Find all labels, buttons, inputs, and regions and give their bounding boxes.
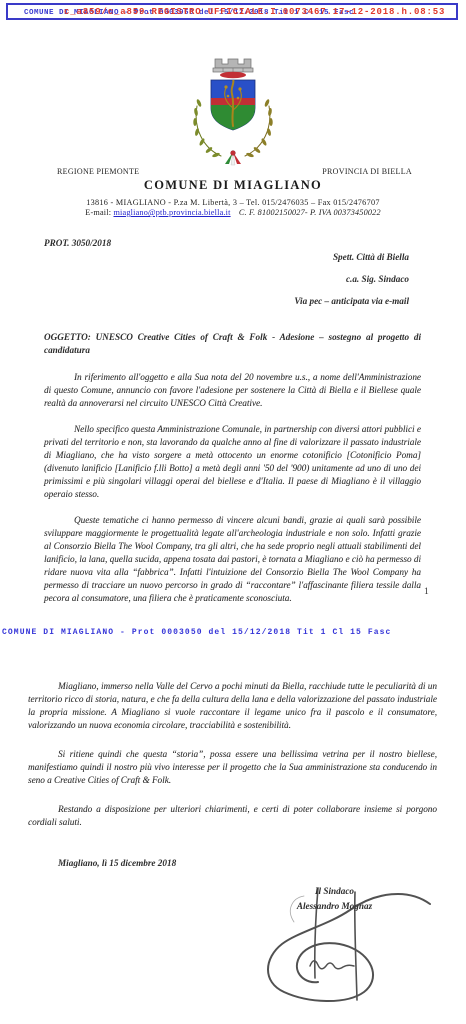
paragraph: Miagliano, immerso nella Valle del Cervo… bbox=[28, 680, 437, 732]
email-line: E-mail: miagliano@ptb.provincia.biella.i… bbox=[0, 208, 466, 217]
recipient-line: c.a. Sig. Sindaco bbox=[294, 274, 409, 296]
signature-block: Il Sindaco Alessandro Mognaz bbox=[252, 884, 417, 914]
paragraph: In riferimento all'oggetto e alla Sua no… bbox=[44, 371, 421, 410]
recipient-line: Via pec – anticipata via e-mail bbox=[294, 296, 409, 318]
mural-crown-icon bbox=[213, 59, 253, 78]
subject-line: OGGETTO: UNESCO Creative Cities of Craft… bbox=[44, 331, 421, 357]
paragraph: Nello specifico questa Amministrazione C… bbox=[44, 423, 421, 501]
recipient-block: Spett. Città di Biella c.a. Sig. Sindaco… bbox=[294, 252, 409, 318]
tricolor-ribbon bbox=[225, 151, 241, 165]
paragraph: Si ritiene quindi che questa “storia”, p… bbox=[28, 748, 437, 787]
shield bbox=[211, 76, 255, 133]
coat-of-arms bbox=[183, 56, 283, 166]
address-line: 13816 - MIAGLIANO - P.za M. Libertà, 3 –… bbox=[0, 198, 466, 207]
paragraph: Restando a disposizione per ulteriori ch… bbox=[28, 803, 437, 829]
dateline: Miagliano, lì 15 dicembre 2018 bbox=[58, 858, 176, 868]
fiscal-codes: C. F. 81002150027- P. IVA 00373450022 bbox=[239, 208, 381, 217]
province-label: PROVINCIA DI BIELLA bbox=[322, 167, 412, 176]
scanned-letter-page: COMUNE DI MIAGLIANO - Prot 0003050 del 1… bbox=[0, 0, 466, 1024]
signer-name: Alessandro Mognaz bbox=[252, 899, 417, 914]
email-label: E-mail: bbox=[85, 208, 111, 217]
paragraph: Queste tematiche ci hanno permesso di vi… bbox=[44, 514, 421, 605]
registration-stamp-box: COMUNE DI MIAGLIANO - Prot 0003050 del 1… bbox=[6, 3, 458, 20]
protocol-stamp-line: COMUNE DI MIAGLIANO - Prot 0003050 del 1… bbox=[2, 628, 391, 637]
registro-ufficiale-stamp-red: c_a859/c_a859.REGISTRO UFFICIALE.I.00734… bbox=[64, 7, 445, 17]
page-number: 1 bbox=[424, 587, 429, 597]
recipient-line: Spett. Città di Biella bbox=[294, 252, 409, 274]
letter-body-page2: Miagliano, immerso nella Valle del Cervo… bbox=[28, 680, 437, 845]
region-label: REGIONE PIEMONTE bbox=[57, 167, 139, 176]
email-link[interactable]: miagliano@ptb.provincia.biella.it bbox=[113, 208, 230, 217]
protocol-number: PROT. 3050/2018 bbox=[44, 238, 111, 248]
municipality-title: COMUNE DI MIAGLIANO bbox=[0, 178, 466, 193]
letter-body-page1: In riferimento all'oggetto e alla Sua no… bbox=[44, 371, 421, 618]
signer-role: Il Sindaco bbox=[252, 884, 417, 899]
